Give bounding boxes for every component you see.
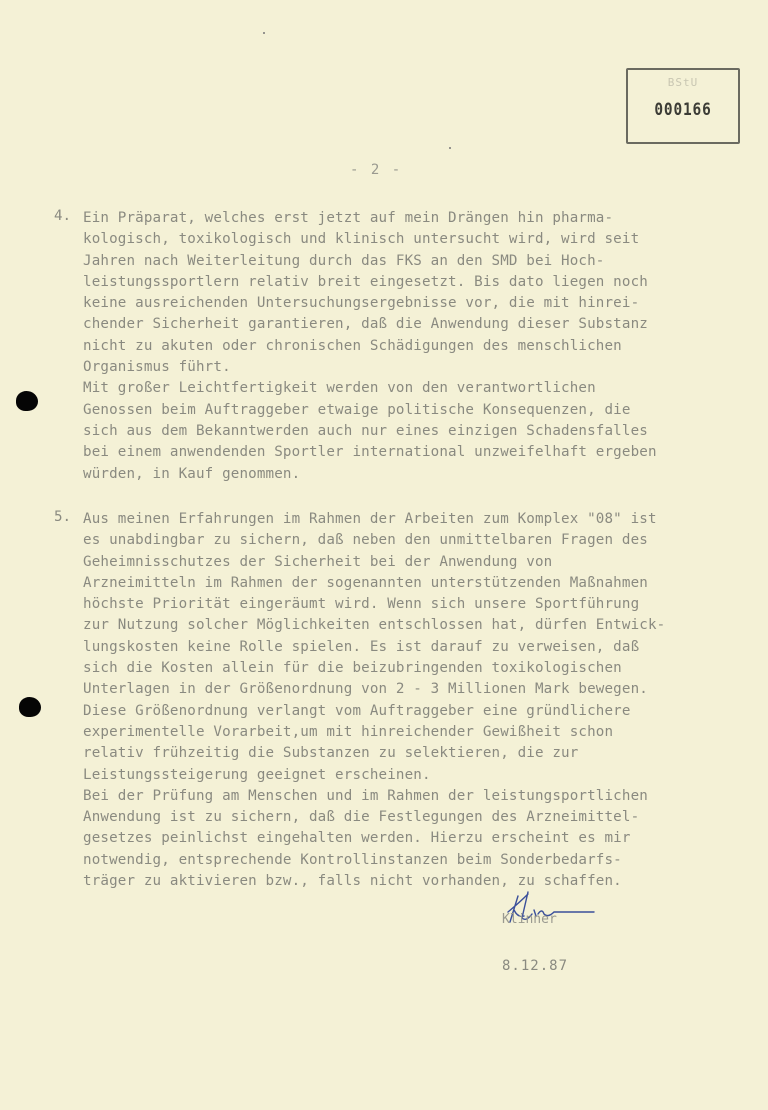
text-line: chender Sicherheit garantieren, daß die …	[83, 314, 657, 335]
text-line: höchste Priorität eingeräumt wird. Wenn …	[83, 594, 665, 615]
text-line: Mit großer Leichtfertigkeit werden von d…	[83, 378, 657, 399]
paragraph-number: 5.	[54, 509, 71, 525]
paper-speck	[263, 32, 265, 34]
text-line: würden, in Kauf genommen.	[83, 464, 657, 485]
text-line: Organismus führt.	[83, 357, 657, 378]
page-number: - 2 -	[350, 162, 402, 178]
text-line: Aus meinen Erfahrungen im Rahmen der Arb…	[83, 509, 665, 530]
paragraph-4: 4. Ein Präparat, welches erst jetzt auf …	[54, 208, 657, 485]
stamp-header: BStU	[628, 76, 738, 89]
text-line: sich die Kosten allein für die beizubrin…	[83, 658, 665, 679]
text-line: gesetzes peinlichst eingehalten werden. …	[83, 828, 665, 849]
text-line: relativ frühzeitig die Substanzen zu sel…	[83, 743, 665, 764]
text-line: keine ausreichenden Untersuchungsergebni…	[83, 293, 657, 314]
paragraph-body: Ein Präparat, welches erst jetzt auf mei…	[54, 208, 657, 485]
text-line: nicht zu akuten oder chronischen Schädig…	[83, 336, 657, 357]
paragraph-body: Aus meinen Erfahrungen im Rahmen der Arb…	[54, 509, 665, 892]
text-line: zur Nutzung solcher Möglichkeiten entsch…	[83, 615, 665, 636]
text-line: Leistungssteigerung geeignet erscheinen.	[83, 765, 665, 786]
paragraph-number: 4.	[54, 208, 71, 224]
document-date: 8.12.87	[502, 958, 568, 974]
text-line: es unabdingbar zu sichern, daß neben den…	[83, 530, 665, 551]
text-line: Arzneimitteln im Rahmen der sogenannten …	[83, 573, 665, 594]
text-line: Genossen beim Auftraggeber etwaige polit…	[83, 400, 657, 421]
paragraph-5: 5. Aus meinen Erfahrungen im Rahmen der …	[54, 509, 665, 892]
text-line: Ein Präparat, welches erst jetzt auf mei…	[83, 208, 657, 229]
signatory-name: Klinner	[502, 912, 557, 927]
paper-speck	[449, 147, 451, 149]
text-line: notwendig, entsprechende Kontrollinstanz…	[83, 850, 665, 871]
text-line: kologisch, toxikologisch und klinisch un…	[83, 229, 657, 250]
stamp-number: 000166	[636, 100, 730, 120]
text-line: bei einem anwendenden Sportler internati…	[83, 442, 657, 463]
text-line: Unterlagen in der Größenordnung von 2 - …	[83, 679, 665, 700]
text-line: Bei der Prüfung am Menschen und im Rahme…	[83, 786, 665, 807]
text-line: lungskosten keine Rolle spielen. Es ist …	[83, 637, 665, 658]
punch-hole	[16, 391, 38, 411]
text-line: Diese Größenordnung verlangt vom Auftrag…	[83, 701, 665, 722]
text-line: Geheimnisschutzes der Sicherheit bei der…	[83, 552, 665, 573]
text-line: experimentelle Vorarbeit,um mit hinreich…	[83, 722, 665, 743]
punch-hole	[19, 697, 41, 717]
text-line: Jahren nach Weiterleitung durch das FKS …	[83, 251, 657, 272]
archive-stamp: BStU 000166	[626, 68, 740, 144]
text-line: Anwendung ist zu sichern, daß die Festle…	[83, 807, 665, 828]
text-line: leistungssportlern relativ breit eingese…	[83, 272, 657, 293]
text-line: sich aus dem Bekanntwerden auch nur eine…	[83, 421, 657, 442]
